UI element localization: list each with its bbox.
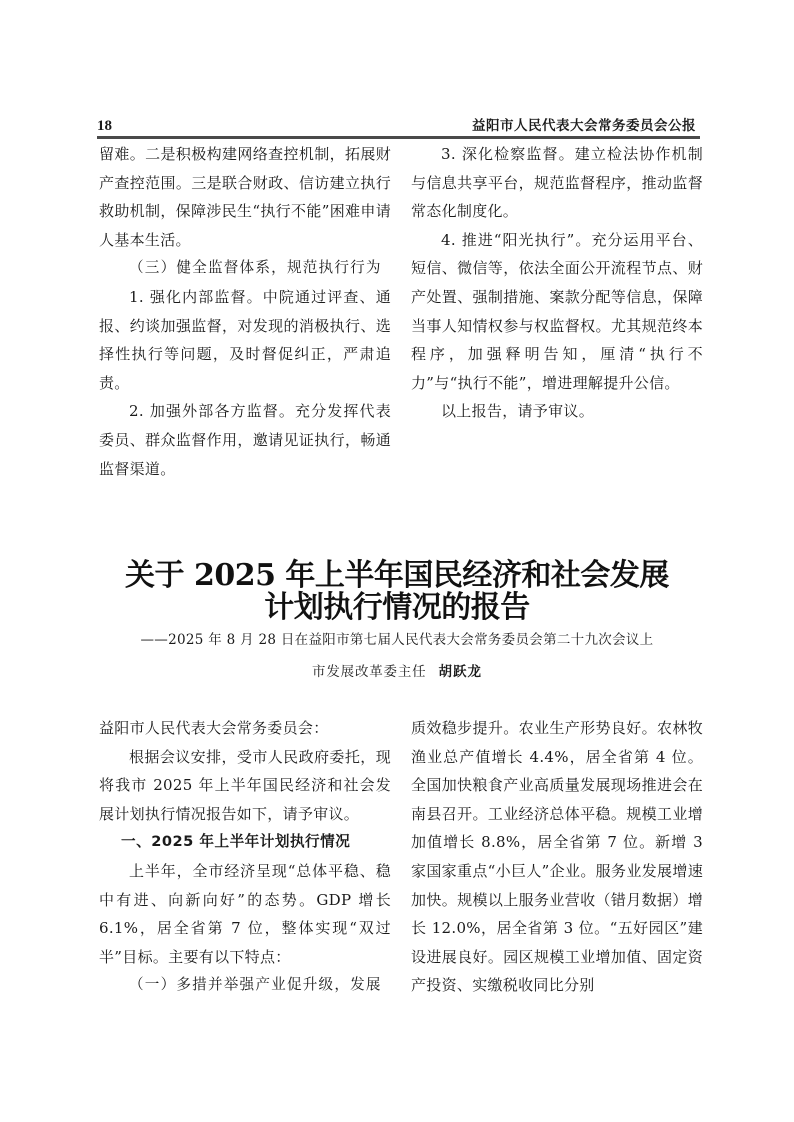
paragraph-closing: 以上报告，请予审议。 <box>411 397 703 426</box>
paragraph-internal-supervision: 1. 强化内部监督。中院通过评查、通报、约谈加强监督，对发现的消极执行、选择性执… <box>99 283 391 397</box>
paragraph-sunshine-execution: 4. 推进“阳光执行”。充分运用平台、短信、微信等，依法全面公开流程节点、财产处… <box>411 226 703 398</box>
byline-role: 市发展改革委主任 <box>312 664 426 680</box>
running-header: 18 益阳市人民代表大会常务委员会公报 <box>97 117 696 135</box>
paragraph-external-supervision: 2. 加强外部各方监督。充分发挥代表委员、群众监督作用，邀请见证执行，畅通监督渠… <box>99 397 391 483</box>
paragraph-continued: 留难。二是积极构建网络查控机制，拓展财产查控范围。三是联合财政、信访建立执行救助… <box>99 140 391 254</box>
journal-name: 益阳市人民代表大会常务委员会公报 <box>472 118 696 135</box>
subheading-industry: （一）多措并举强产业促升级，发展 <box>99 971 391 1000</box>
salutation: 益阳市人民代表大会常务委员会： <box>99 714 391 743</box>
paragraph-industry-details: 质效稳步提升。农业生产形势良好。农林牧渔业总产值增长 4.4%，居全省第 4 位… <box>411 714 703 1000</box>
article-byline: 市发展改革委主任胡跃龙 <box>97 663 697 681</box>
article-right-column: 质效稳步提升。农业生产形势良好。农林牧渔业总产值增长 4.4%，居全省第 4 位… <box>411 714 703 1000</box>
article-left-column: 益阳市人民代表大会常务委员会： 根据会议安排，受市人民政府委托，现将我市 202… <box>99 714 391 1000</box>
title-line-1: 关于 2025 年上半年国民经济和社会发展 <box>97 560 697 592</box>
header-rule <box>97 136 700 139</box>
page-number: 18 <box>97 117 112 135</box>
title-line-2: 计划执行情况的报告 <box>97 592 697 624</box>
subheading-supervision: （三）健全监督体系，规范执行行为 <box>99 254 391 283</box>
paragraph-overview: 上半年，全市经济呈现“总体平稳、稳中有进、向新向好”的态势。GDP 增长 6.1… <box>99 857 391 971</box>
paragraph-procuratorial-supervision: 3. 深化检察监督。建立检法协作机制与信息共享平台，规范监督程序，推动监督常态化… <box>411 140 703 226</box>
article-subtitle: ——2025 年 8 月 28 日在益阳市第七届人民代表大会常务委员会第二十九次… <box>97 631 697 649</box>
paragraph-intro: 根据会议安排，受市人民政府委托，现将我市 2025 年上半年国民经济和社会发展计… <box>99 743 391 829</box>
byline-author: 胡跃龙 <box>438 664 482 680</box>
article-title: 关于 2025 年上半年国民经济和社会发展 计划执行情况的报告 <box>97 560 697 624</box>
top-left-column: 留难。二是积极构建网络查控机制，拓展财产查控范围。三是联合财政、信访建立执行救助… <box>99 140 391 483</box>
top-right-column: 3. 深化检察监督。建立检法协作机制与信息共享平台，规范监督程序，推动监督常态化… <box>411 140 703 426</box>
section-heading-1: 一、2025 年上半年计划执行情况 <box>99 828 391 857</box>
